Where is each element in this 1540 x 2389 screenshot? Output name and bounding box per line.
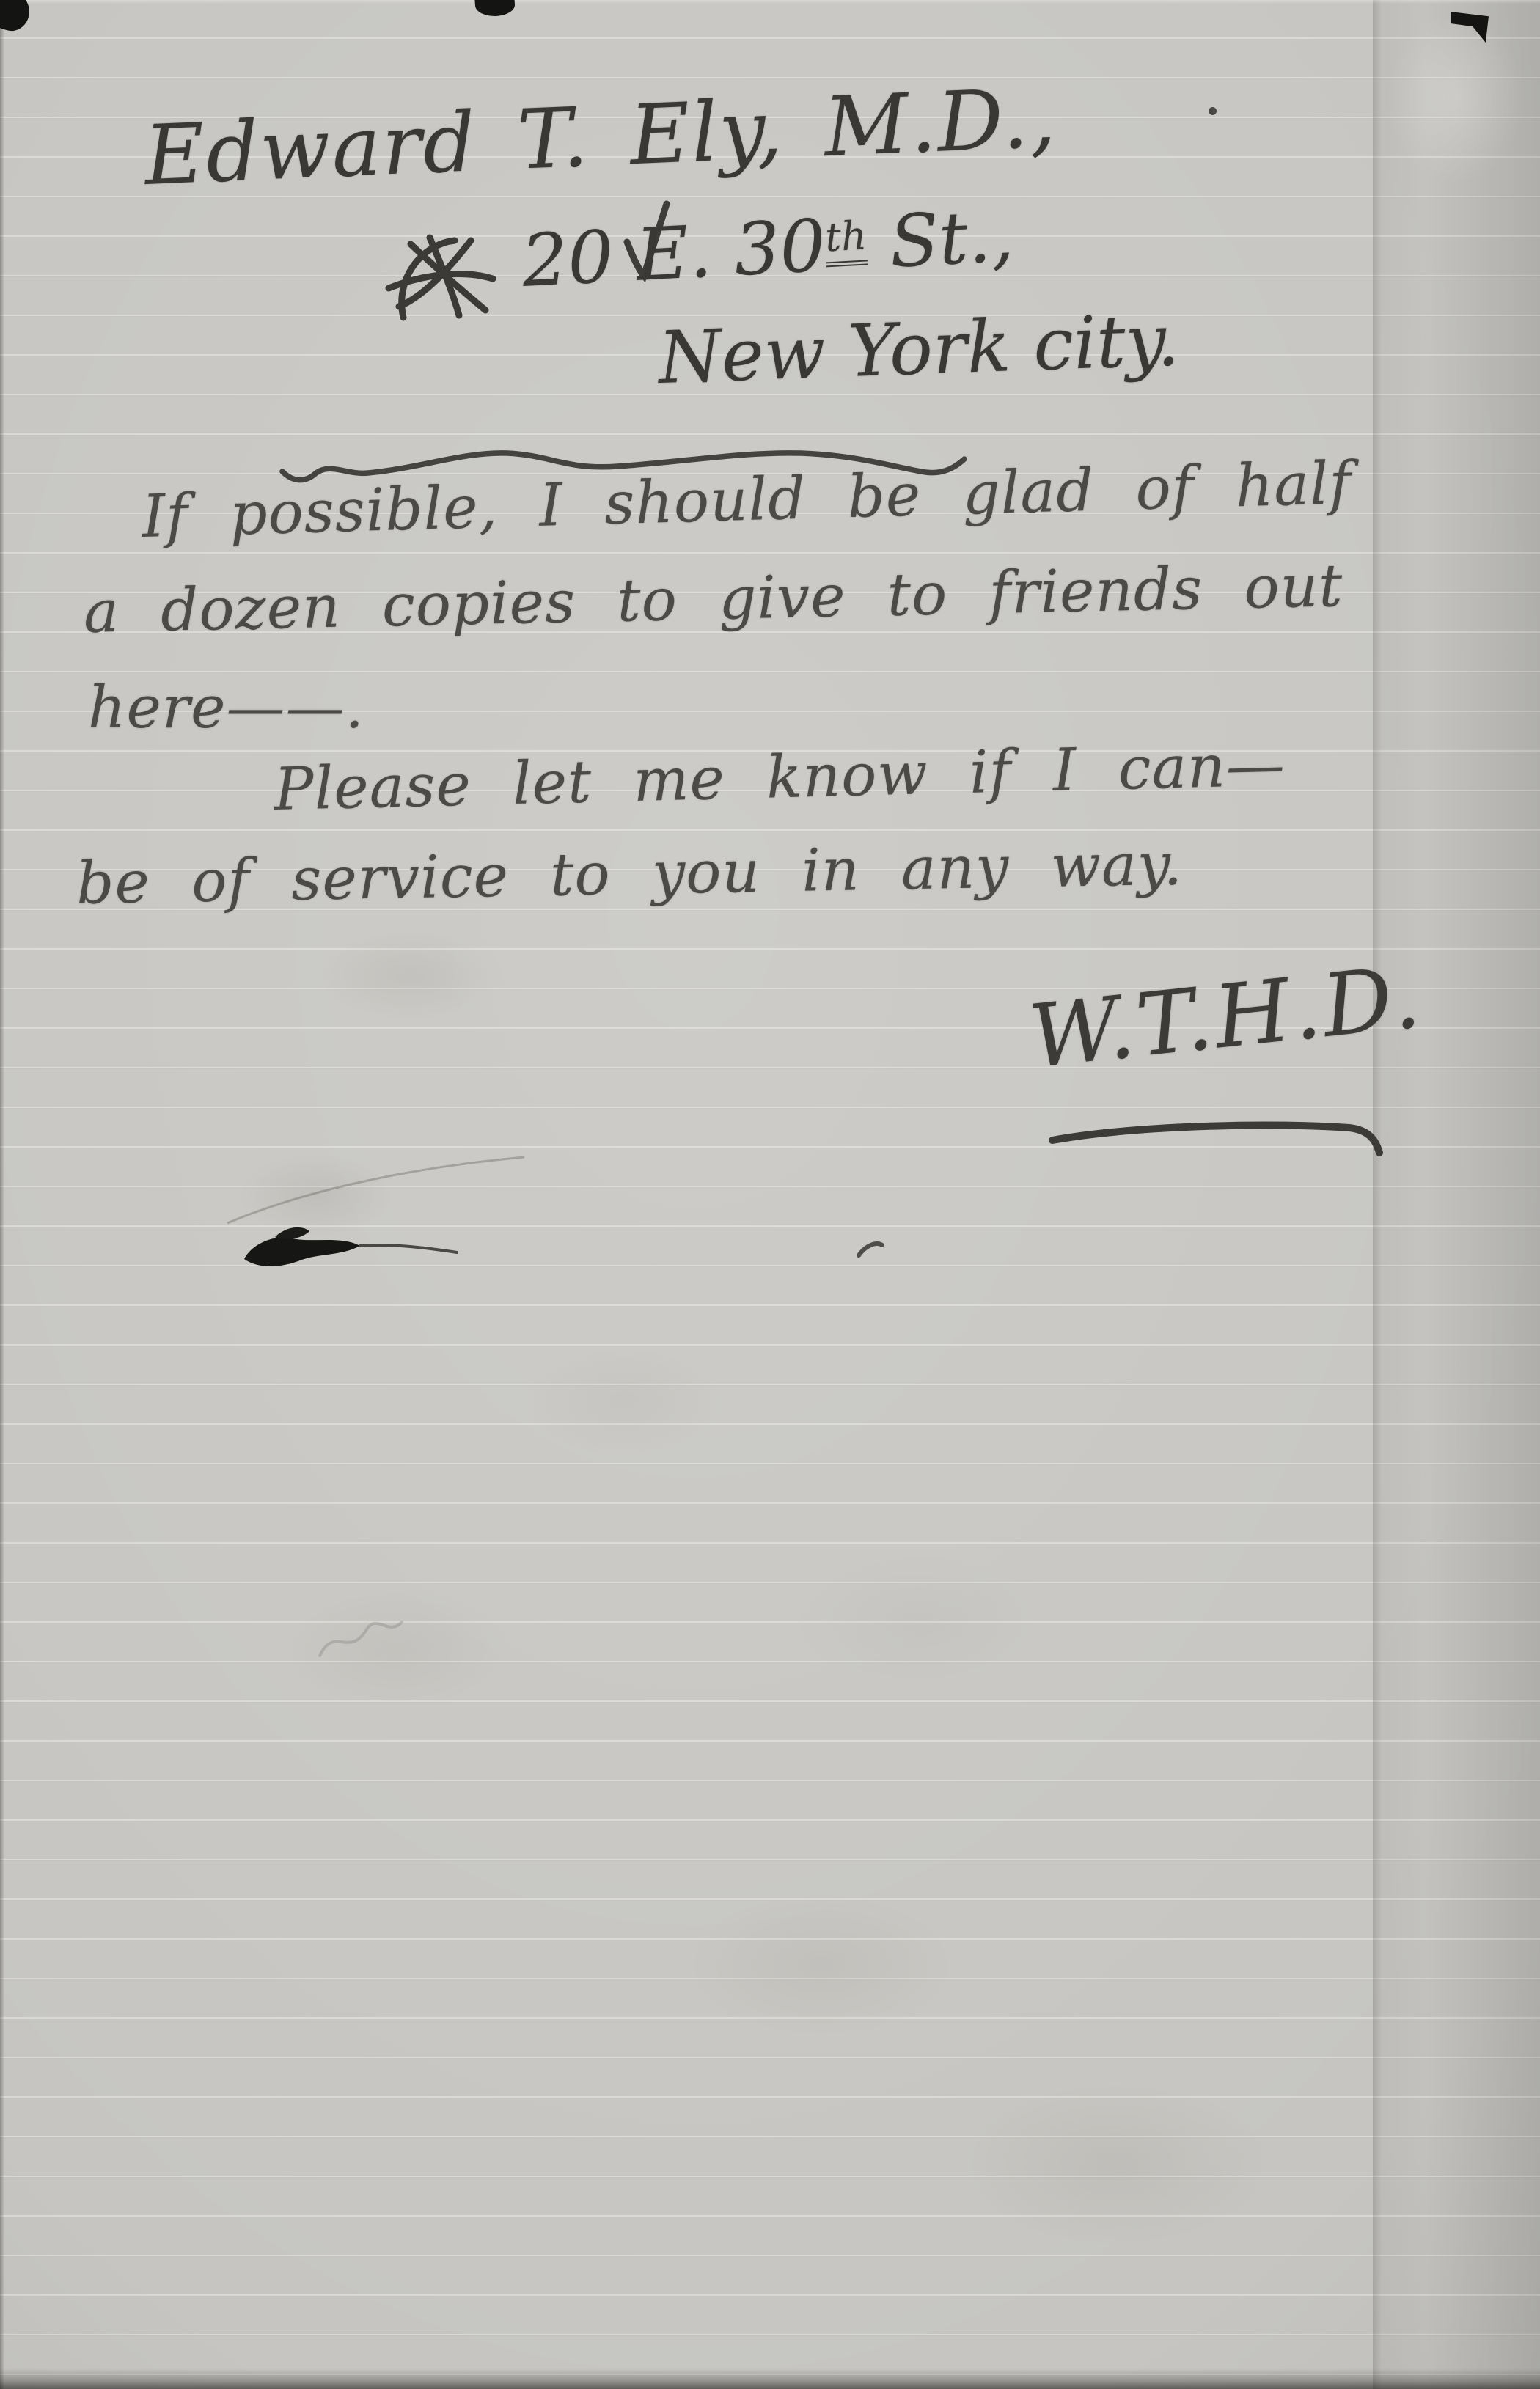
corner-mark-top-left bbox=[0, 0, 34, 34]
ink-dot bbox=[1209, 107, 1217, 115]
signature-initials: W.T.H.D. bbox=[1025, 946, 1428, 1087]
page-curl-highlight bbox=[1379, 22, 1533, 213]
ink-blot bbox=[231, 1214, 473, 1302]
ordinal-suffix: th bbox=[824, 212, 868, 267]
page-left-edge-shadow bbox=[0, 0, 4, 2389]
page-top-edge-highlight bbox=[0, 0, 1540, 4]
edge-mark-top bbox=[474, 0, 516, 18]
body-line-5: be of service to you in any way. bbox=[76, 830, 1183, 917]
street-number: 20 E. 30 bbox=[520, 204, 828, 304]
page-bottom-edge-shadow bbox=[0, 2368, 1540, 2389]
signature-underline bbox=[1041, 1107, 1386, 1159]
body-line-3: here——. bbox=[88, 673, 364, 741]
body-line-2: a dozen copies to give to friends out bbox=[83, 551, 1343, 646]
letter-page: Edward T. Ely, M.D., 20 E. 30th St., New… bbox=[0, 0, 1540, 2389]
strikeout-scribble bbox=[381, 233, 506, 329]
address-line-3: New York city. bbox=[657, 298, 1181, 400]
street-suffix: St., bbox=[865, 194, 1016, 285]
ink-speck bbox=[854, 1238, 888, 1263]
body-line-4: Please let me know if I can— bbox=[274, 730, 1286, 823]
page-right-edge-crease bbox=[1373, 0, 1540, 2389]
ghost-pencil-marks bbox=[315, 1613, 411, 1672]
address-line-1: Edward T. Ely, M.D., bbox=[143, 70, 1059, 204]
address-line-2: 20 E. 30th St., bbox=[520, 194, 1016, 304]
